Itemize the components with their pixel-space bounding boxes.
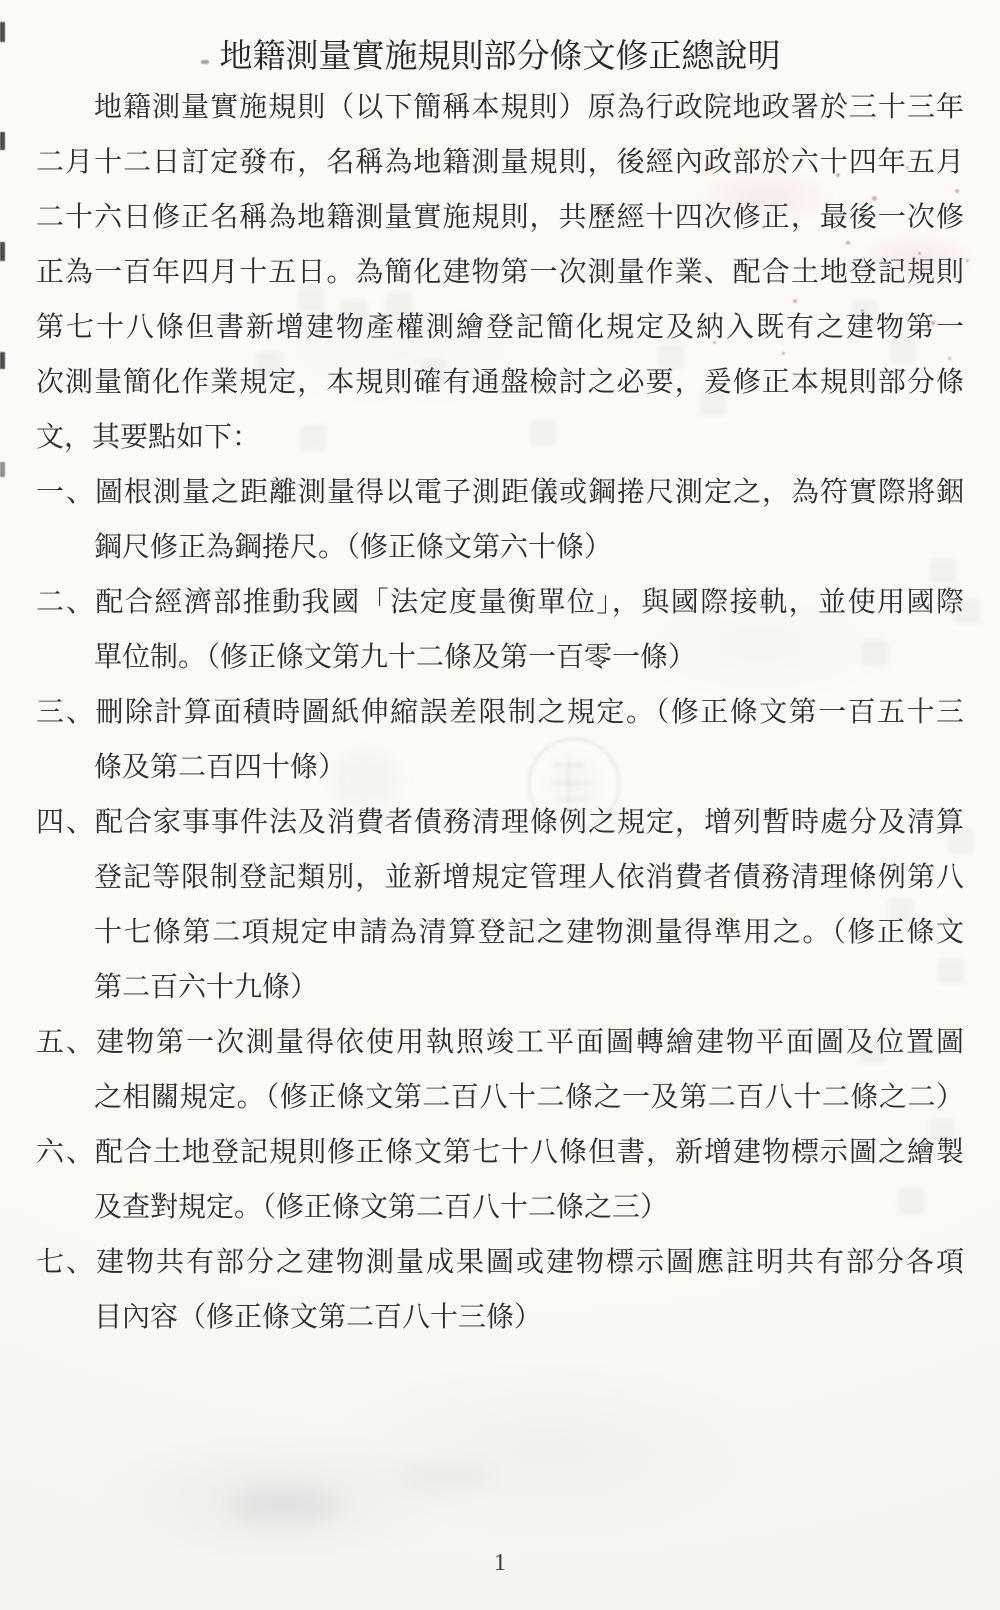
paper-smudge bbox=[400, 1462, 490, 1492]
item-number: 四、 bbox=[36, 795, 94, 850]
paragraph-line: 二十六日修正名稱為地籍測量實施規則，共歷經十四次修正，最後一次修 bbox=[36, 190, 964, 245]
list-item-line: 七、建物共有部分之建物測量成果圖或建物標示圖應註明共有部分各項 bbox=[36, 1235, 964, 1290]
list-item-line: 三、刪除計算面積時圖紙伸縮誤差限制之規定。（修正條文第一百五十三 bbox=[36, 685, 964, 740]
paper-smudge bbox=[230, 1488, 340, 1524]
edge-mark bbox=[0, 352, 5, 369]
item-number: 七、 bbox=[36, 1235, 94, 1290]
paragraph-line: 文，其要點如下： bbox=[36, 410, 964, 465]
list-item-line: 及查對規定。（修正條文第二百八十二條之三） bbox=[36, 1180, 964, 1235]
line-text: 二月十二日訂定發布，名稱為地籍測量規則，後經內政部於六十四年五月 bbox=[36, 147, 964, 178]
line-text: 配合土地登記規則修正條文第七十八條但書，新增建物標示圖之繪製 bbox=[94, 1137, 964, 1168]
item-number: 一、 bbox=[36, 465, 94, 520]
list-item-line: 第二百六十九條） bbox=[36, 960, 964, 1015]
list-item-line: 十七條第二項規定申請為清算登記之建物測量得準用之。（修正條文 bbox=[36, 905, 964, 960]
line-text: 十七條第二項規定申請為清算登記之建物測量得準用之。（修正條文 bbox=[94, 917, 964, 948]
list-item-line: 六、配合土地登記規則修正條文第七十八條但書，新增建物標示圖之繪製 bbox=[36, 1125, 964, 1180]
line-text: 單位制。（修正條文第九十二條及第一百零一條） bbox=[94, 642, 696, 673]
list-item-line: 五、建物第一次測量得依使用執照竣工平面圖轉繪建物平面圖及位置圖 bbox=[36, 1015, 964, 1070]
list-item-line: 一、圖根測量之距離測量得以電子測距儀或鋼捲尺測定之，為符實際將銦 bbox=[36, 465, 964, 520]
line-text: 鋼尺修正為鋼捲尺。（修正條文第六十條） bbox=[94, 532, 612, 563]
paragraph-line: 第七十八條但書新增建物產權測繪登記簡化規定及納入既有之建物第一 bbox=[36, 300, 964, 355]
line-text: 之相關規定。（修正條文第二百八十二條之一及第二百八十二條之二） bbox=[94, 1082, 964, 1113]
paragraph-line: 二月十二日訂定發布，名稱為地籍測量規則，後經內政部於六十四年五月 bbox=[36, 135, 964, 190]
line-text: 圖根測量之距離測量得以電子測距儀或鋼捲尺測定之，為符實際將銦 bbox=[94, 477, 964, 508]
line-text: 文，其要點如下： bbox=[36, 422, 260, 453]
line-text: 第七十八條但書新增建物產權測繪登記簡化規定及納入既有之建物第一 bbox=[36, 312, 964, 343]
line-text: 配合家事事件法及消費者債務清理條例之規定，增列暫時處分及清算 bbox=[94, 807, 964, 838]
item-number: 三、 bbox=[36, 685, 94, 740]
edge-mark bbox=[0, 242, 5, 261]
line-text: 條及第二百四十條） bbox=[94, 752, 346, 783]
line-text: 次測量簡化作業規定，本規則確有通盤檢討之必要，爰修正本規則部分條 bbox=[36, 367, 964, 398]
edge-mark bbox=[0, 462, 5, 477]
paragraph-line: 次測量簡化作業規定，本規則確有通盤檢討之必要，爰修正本規則部分條 bbox=[36, 355, 964, 410]
list-item-line: 條及第二百四十條） bbox=[36, 740, 964, 795]
list-item-line: 四、配合家事事件法及消費者債務清理條例之規定，增列暫時處分及清算 bbox=[36, 795, 964, 850]
line-text: 建物第一次測量得依使用執照竣工平面圖轉繪建物平面圖及位置圖 bbox=[94, 1027, 964, 1058]
line-text: 地籍測量實施規則（以下簡稱本規則）原為行政院地政署於三十三年 bbox=[94, 92, 964, 123]
item-number: 二、 bbox=[36, 575, 94, 630]
list-item-line: 目內容（修正條文第二百八十三條） bbox=[36, 1290, 964, 1345]
document-page: 地籍測量實施規則部分條文修正總說明 地籍測量實施規則（以下簡稱本規則）原為行政院… bbox=[0, 0, 1000, 1610]
line-text: 刪除計算面積時圖紙伸縮誤差限制之規定。（修正條文第一百五十三 bbox=[94, 697, 964, 728]
list-item-line: 登記等限制登記類別，並新增規定管理人依消費者債務清理條例第八 bbox=[36, 850, 964, 905]
line-text: 建物共有部分之建物測量成果圖或建物標示圖應註明共有部分各項 bbox=[94, 1247, 964, 1278]
paragraph-line: 正為一百年四月十五日。為簡化建物第一次測量作業、配合土地登記規則 bbox=[36, 245, 964, 300]
document-body: 地籍測量實施規則（以下簡稱本規則）原為行政院地政署於三十三年 二月十二日訂定發布… bbox=[36, 80, 964, 1345]
list-item-line: 二、配合經濟部推動我國「法定度量衡單位」，與國際接軌，並使用國際 bbox=[36, 575, 964, 630]
paragraph-line: 地籍測量實施規則（以下簡稱本規則）原為行政院地政署於三十三年 bbox=[36, 80, 964, 135]
line-text: 二十六日修正名稱為地籍測量實施規則，共歷經十四次修正，最後一次修 bbox=[36, 202, 964, 233]
item-number: 六、 bbox=[36, 1125, 94, 1180]
line-text: 目內容（修正條文第二百八十三條） bbox=[94, 1302, 542, 1333]
list-item-line: 鋼尺修正為鋼捲尺。（修正條文第六十條） bbox=[36, 520, 964, 575]
edge-mark bbox=[0, 132, 5, 150]
line-text: 第二百六十九條） bbox=[94, 972, 318, 1003]
list-item-line: 之相關規定。（修正條文第二百八十二條之一及第二百八十二條之二） bbox=[36, 1070, 964, 1125]
line-text: 配合經濟部推動我國「法定度量衡單位」，與國際接軌，並使用國際 bbox=[94, 587, 964, 618]
item-number: 五、 bbox=[36, 1015, 94, 1070]
list-item-line: 單位制。（修正條文第九十二條及第一百零一條） bbox=[36, 630, 964, 685]
page-number: 1 bbox=[0, 1550, 1000, 1577]
line-text: 及查對規定。（修正條文第二百八十二條之三） bbox=[94, 1192, 668, 1223]
line-text: 正為一百年四月十五日。為簡化建物第一次測量作業、配合土地登記規則 bbox=[36, 257, 964, 288]
document-title: 地籍測量實施規則部分條文修正總說明 bbox=[0, 39, 1000, 75]
pink-speckle bbox=[966, 259, 969, 262]
line-text: 登記等限制登記類別，並新增規定管理人依消費者債務清理條例第八 bbox=[94, 862, 964, 893]
